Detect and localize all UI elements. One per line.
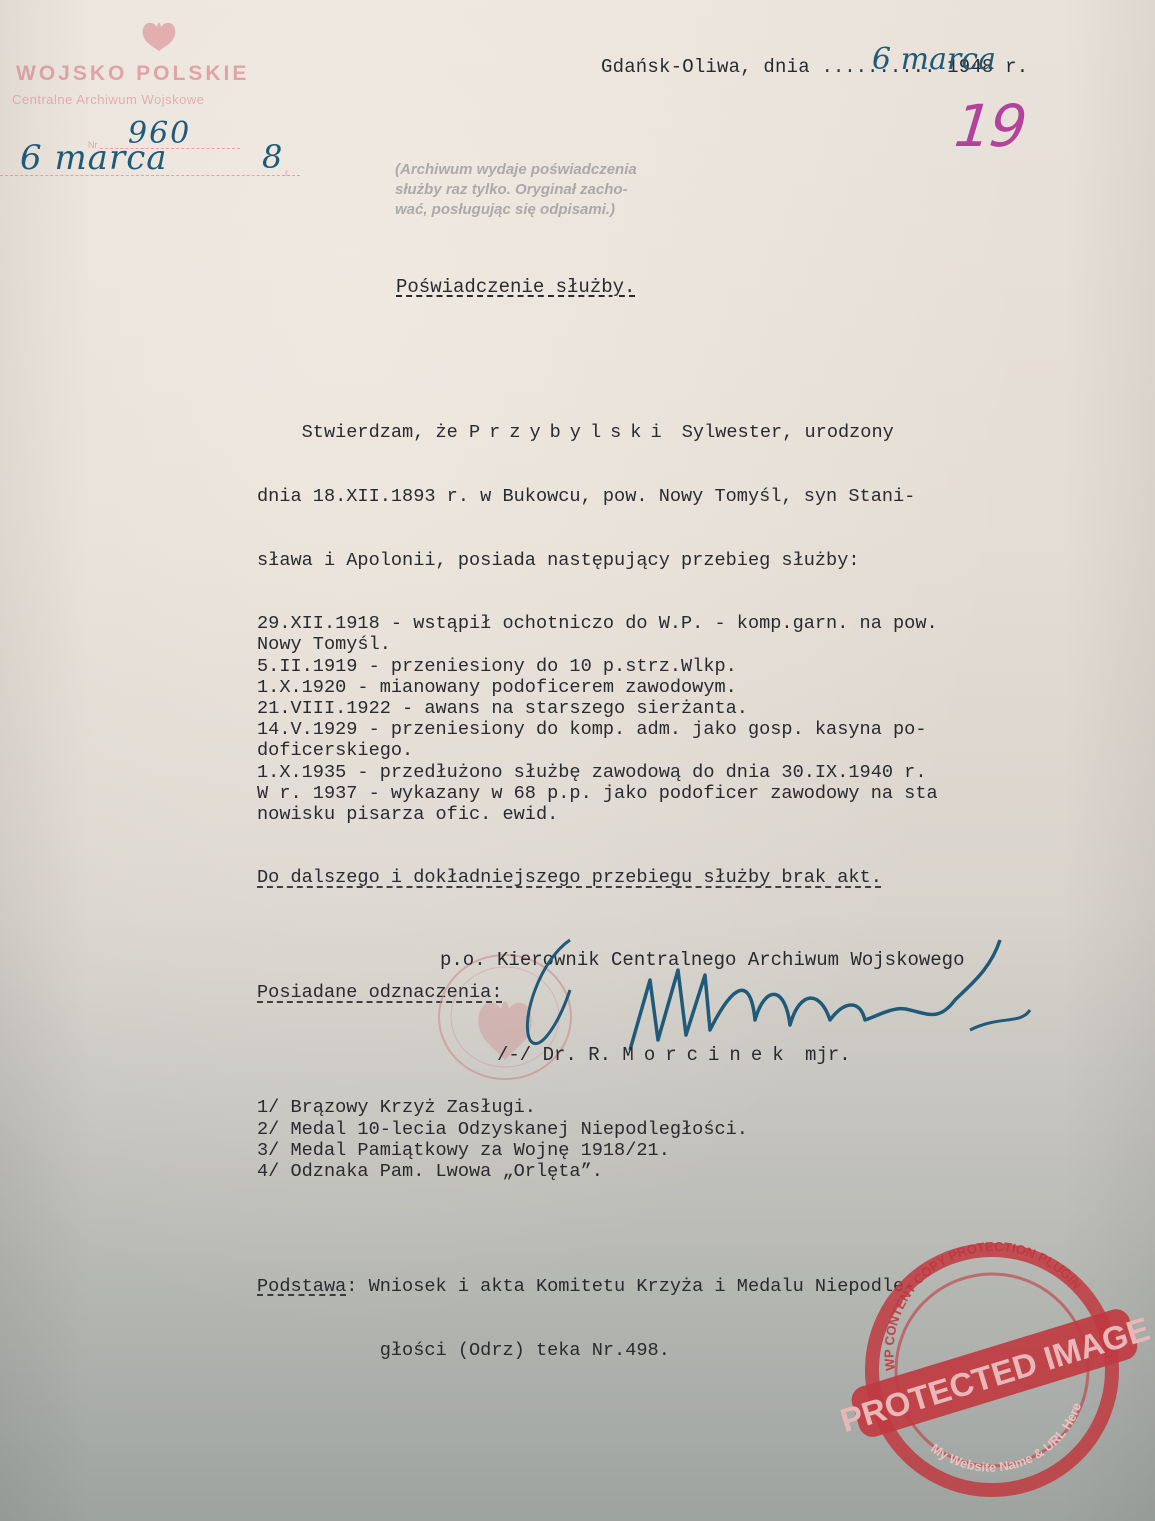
service-record-line: 1.X.1920 - mianowany podoficerem zawodow… bbox=[257, 677, 1147, 698]
service-record-line: nowisku pisarza ofic. ewid. bbox=[257, 804, 1147, 825]
place-label: Gdańsk-Oliwa, dnia bbox=[601, 56, 810, 78]
basis-label: Podstawa bbox=[257, 1276, 346, 1297]
archive-note-line: wać, posługując się odpisami.) bbox=[395, 200, 735, 220]
basis-text: : Wniosek i akta Komitetu Krzyża i Medal… bbox=[346, 1276, 915, 1297]
handwritten-letterhead-date: 6 marca bbox=[20, 138, 168, 178]
service-record-line: 21.VIII.1922 - awans na starszego sierża… bbox=[257, 698, 1147, 719]
awards-list: 1/ Brązowy Krzyż Zasługi.2/ Medal 10-lec… bbox=[257, 1097, 1147, 1182]
intro-rest: Sylwester, urodzony bbox=[671, 422, 894, 443]
service-record-line: doficerskiego. bbox=[257, 740, 1147, 761]
letterhead-title: WOJSKO POLSKIE bbox=[16, 62, 249, 86]
signatory-rank: mjr. bbox=[794, 1044, 851, 1066]
archive-note-line: (Archiwum wydaje poświadczenia bbox=[395, 160, 735, 180]
service-record-line: Nowy Tomyśl. bbox=[257, 634, 1147, 655]
award-item: 2/ Medal 10-lecia Odzyskanej Niepodległo… bbox=[257, 1119, 1147, 1140]
page-number: 19 bbox=[951, 92, 1028, 160]
archive-note-line: służby raz tylko. Oryginał zacho- bbox=[395, 180, 735, 200]
service-record-line: 14.V.1929 - przeniesiony do komp. adm. j… bbox=[257, 719, 1147, 740]
document-body: Stwierdzam, że Przybylski Sylwester, uro… bbox=[257, 380, 1147, 1382]
no-records-note: Do dalszego i dokładniejszego przebiegu … bbox=[257, 867, 1147, 888]
handwritten-letterhead-year: 8 bbox=[262, 138, 282, 176]
intro-prefix: Stwierdzam, że bbox=[257, 422, 469, 443]
protected-image-watermark: WP CONTENT COPY PROTECTION PLUGIN PROTEC… bbox=[840, 1235, 1150, 1505]
service-record-line: 5.II.1919 - przeniesiony do 10 p.strz.Wl… bbox=[257, 656, 1147, 677]
archive-note: (Archiwum wydaje poświadczenia służby ra… bbox=[395, 160, 735, 220]
letterhead-subtitle: Centralne Archiwum Wojskowe bbox=[12, 92, 204, 107]
award-item: 1/ Brązowy Krzyż Zasługi. bbox=[257, 1097, 1147, 1118]
service-record: 29.XII.1918 - wstąpił ochotniczo do W.P.… bbox=[257, 613, 1147, 825]
signatory-surname: Morcinek bbox=[622, 1044, 793, 1066]
intro-line: dnia 18.XII.1893 r. w Bukowcu, pow. Nowy… bbox=[257, 486, 1147, 507]
intro-line: sława i Apolonii, posiada następujący pr… bbox=[257, 550, 1147, 571]
handwritten-date: 6 marca bbox=[872, 42, 996, 77]
surname: Przybylski bbox=[469, 422, 671, 443]
award-item: 3/ Medal Pamiątkowy za Wojnę 1918/21. bbox=[257, 1140, 1147, 1161]
signatory-name: /-/ Dr. R. Morcinek mjr. bbox=[497, 1044, 851, 1066]
service-record-line: 29.XII.1918 - wstąpił ochotniczo do W.P.… bbox=[257, 613, 1147, 634]
service-record-line: 1.X.1935 - przedłużono służbę zawodową d… bbox=[257, 762, 1147, 783]
service-record-line: W r. 1937 - wykazany w 68 p.p. jako podo… bbox=[257, 783, 1147, 804]
letterhead-year-suffix: r. bbox=[285, 168, 291, 179]
intro-line: Stwierdzam, że Przybylski Sylwester, uro… bbox=[257, 422, 1147, 443]
document-title: Poświadczenie służby. bbox=[396, 276, 635, 298]
name-prefix: /-/ Dr. R. bbox=[497, 1044, 622, 1066]
polish-eagle-icon bbox=[135, 15, 183, 55]
award-item: 4/ Odznaka Pam. Lwowa „Orlęta”. bbox=[257, 1161, 1147, 1182]
